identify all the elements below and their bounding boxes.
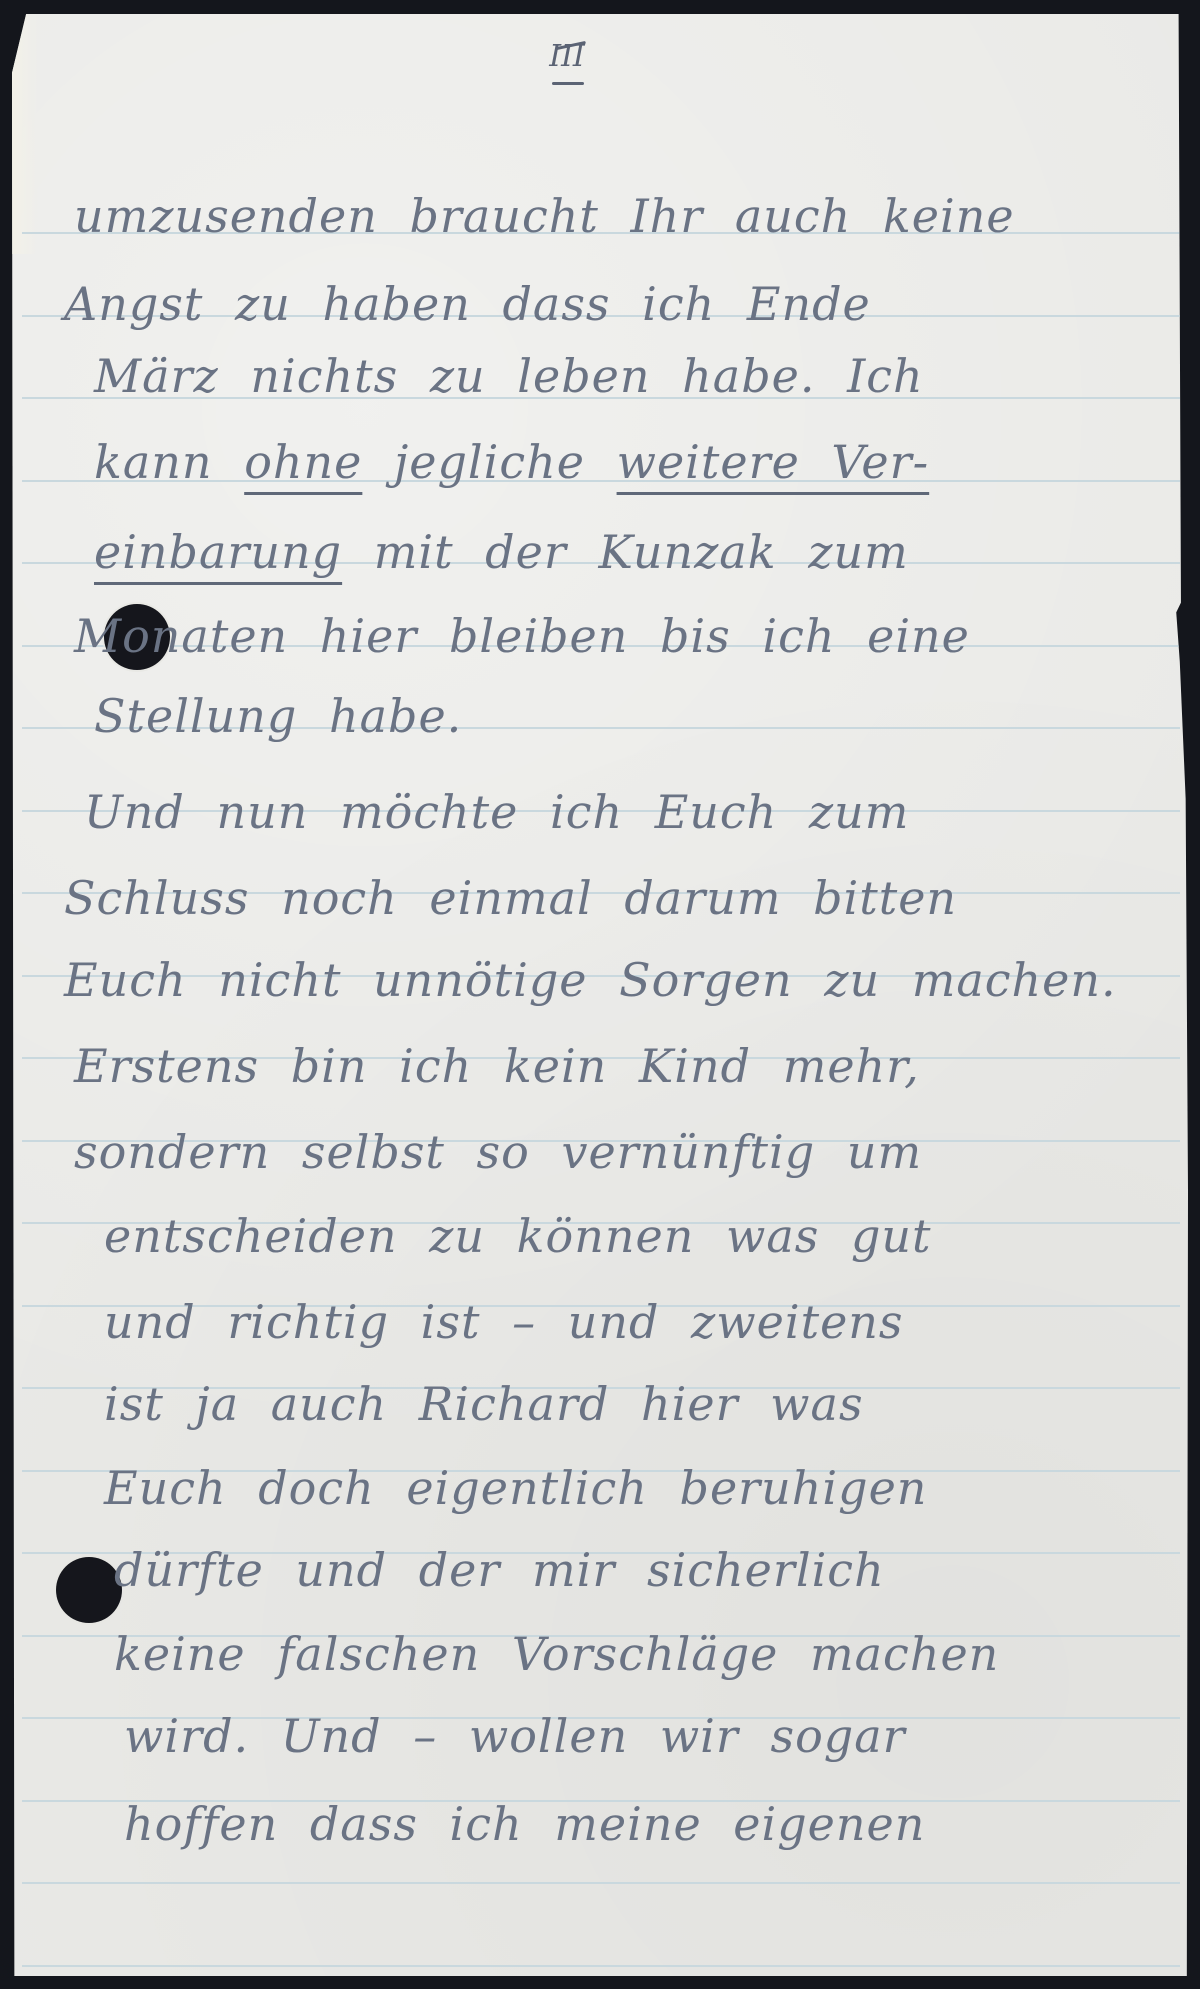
text-line-10: Euch nicht unnötige Sorgen zu machen. [64, 952, 1117, 1008]
text-line-9: Schluss noch einmal darum bitten [64, 870, 957, 926]
segment: März nichts zu leben habe. Ich [94, 349, 924, 403]
punch-hole-icon [56, 1557, 122, 1623]
underlined-word: einbarung [94, 525, 342, 579]
segment: dürfte und der mir sicherlich [114, 1543, 885, 1597]
page-number-underline [552, 82, 584, 85]
segment: mit der Kunzak zum [342, 525, 909, 579]
segment: wird. Und – wollen wir sogar [124, 1709, 906, 1763]
text-line-15: ist ja auch Richard hier was [104, 1376, 864, 1432]
text-line-8: Und nun möchte ich Euch zum [84, 784, 909, 840]
segment: Angst zu haben dass ich Ende [64, 277, 871, 331]
segment: hoffen dass ich meine eigenen [124, 1797, 925, 1851]
segment: Euch nicht unnötige Sorgen zu machen. [64, 953, 1117, 1007]
segment: entscheiden zu können was gut [104, 1209, 932, 1263]
ruled-line [22, 1965, 1180, 1967]
text-line-11: Erstens bin ich kein Kind mehr, [74, 1038, 920, 1094]
segment: und richtig ist – und zweitens [104, 1295, 904, 1349]
paper-fold-edge [12, 14, 38, 254]
segment: Schluss noch einmal darum bitten [64, 871, 957, 925]
segment: ist ja auch Richard hier was [104, 1377, 864, 1431]
text-line-14: und richtig ist – und zweitens [104, 1294, 904, 1350]
text-line-3: März nichts zu leben habe. Ich [94, 348, 924, 404]
segment: Monaten hier bleiben bis ich eine [74, 609, 970, 663]
text-line-7: Stellung habe. [94, 688, 462, 744]
text-line-12: sondern selbst so vernünftig um [74, 1124, 922, 1180]
text-line-1: umzusenden braucht Ihr auch keine [74, 188, 1015, 244]
segment: kann [94, 435, 244, 489]
segment: sondern selbst so vernünftig um [74, 1125, 922, 1179]
segment: keine falschen Vorschläge machen [114, 1627, 999, 1681]
text-line-6: Monaten hier bleiben bis ich eine [74, 608, 970, 664]
segment: Stellung habe. [94, 689, 462, 743]
text-line-19: wird. Und – wollen wir sogar [124, 1708, 906, 1764]
text-line-17: dürfte und der mir sicherlich [114, 1542, 885, 1598]
text-line-2: Angst zu haben dass ich Ende [64, 276, 871, 332]
underlined-word: weitere Ver- [617, 435, 930, 489]
segment: umzusenden braucht Ihr auch keine [74, 189, 1015, 243]
segment: Und nun möchte ich Euch zum [84, 785, 909, 839]
text-line-5: einbarung mit der Kunzak zum [94, 524, 909, 580]
segment: Erstens bin ich kein Kind mehr, [74, 1039, 920, 1093]
segment: Euch doch eigentlich beruhigen [104, 1461, 927, 1515]
ruled-line [22, 1882, 1180, 1884]
page-number: III [542, 38, 592, 84]
segment: jegliche [362, 435, 616, 489]
text-line-16: Euch doch eigentlich beruhigen [104, 1460, 927, 1516]
text-line-4: kann ohne jegliche weitere Ver- [94, 434, 929, 490]
letter-page: III umzusenden braucht Ihr auch keine An… [12, 14, 1188, 1976]
text-line-13: entscheiden zu können was gut [104, 1208, 932, 1264]
text-line-20: hoffen dass ich meine eigenen [124, 1796, 925, 1852]
underlined-word: ohne [244, 435, 362, 489]
text-line-18: keine falschen Vorschläge machen [114, 1626, 999, 1682]
